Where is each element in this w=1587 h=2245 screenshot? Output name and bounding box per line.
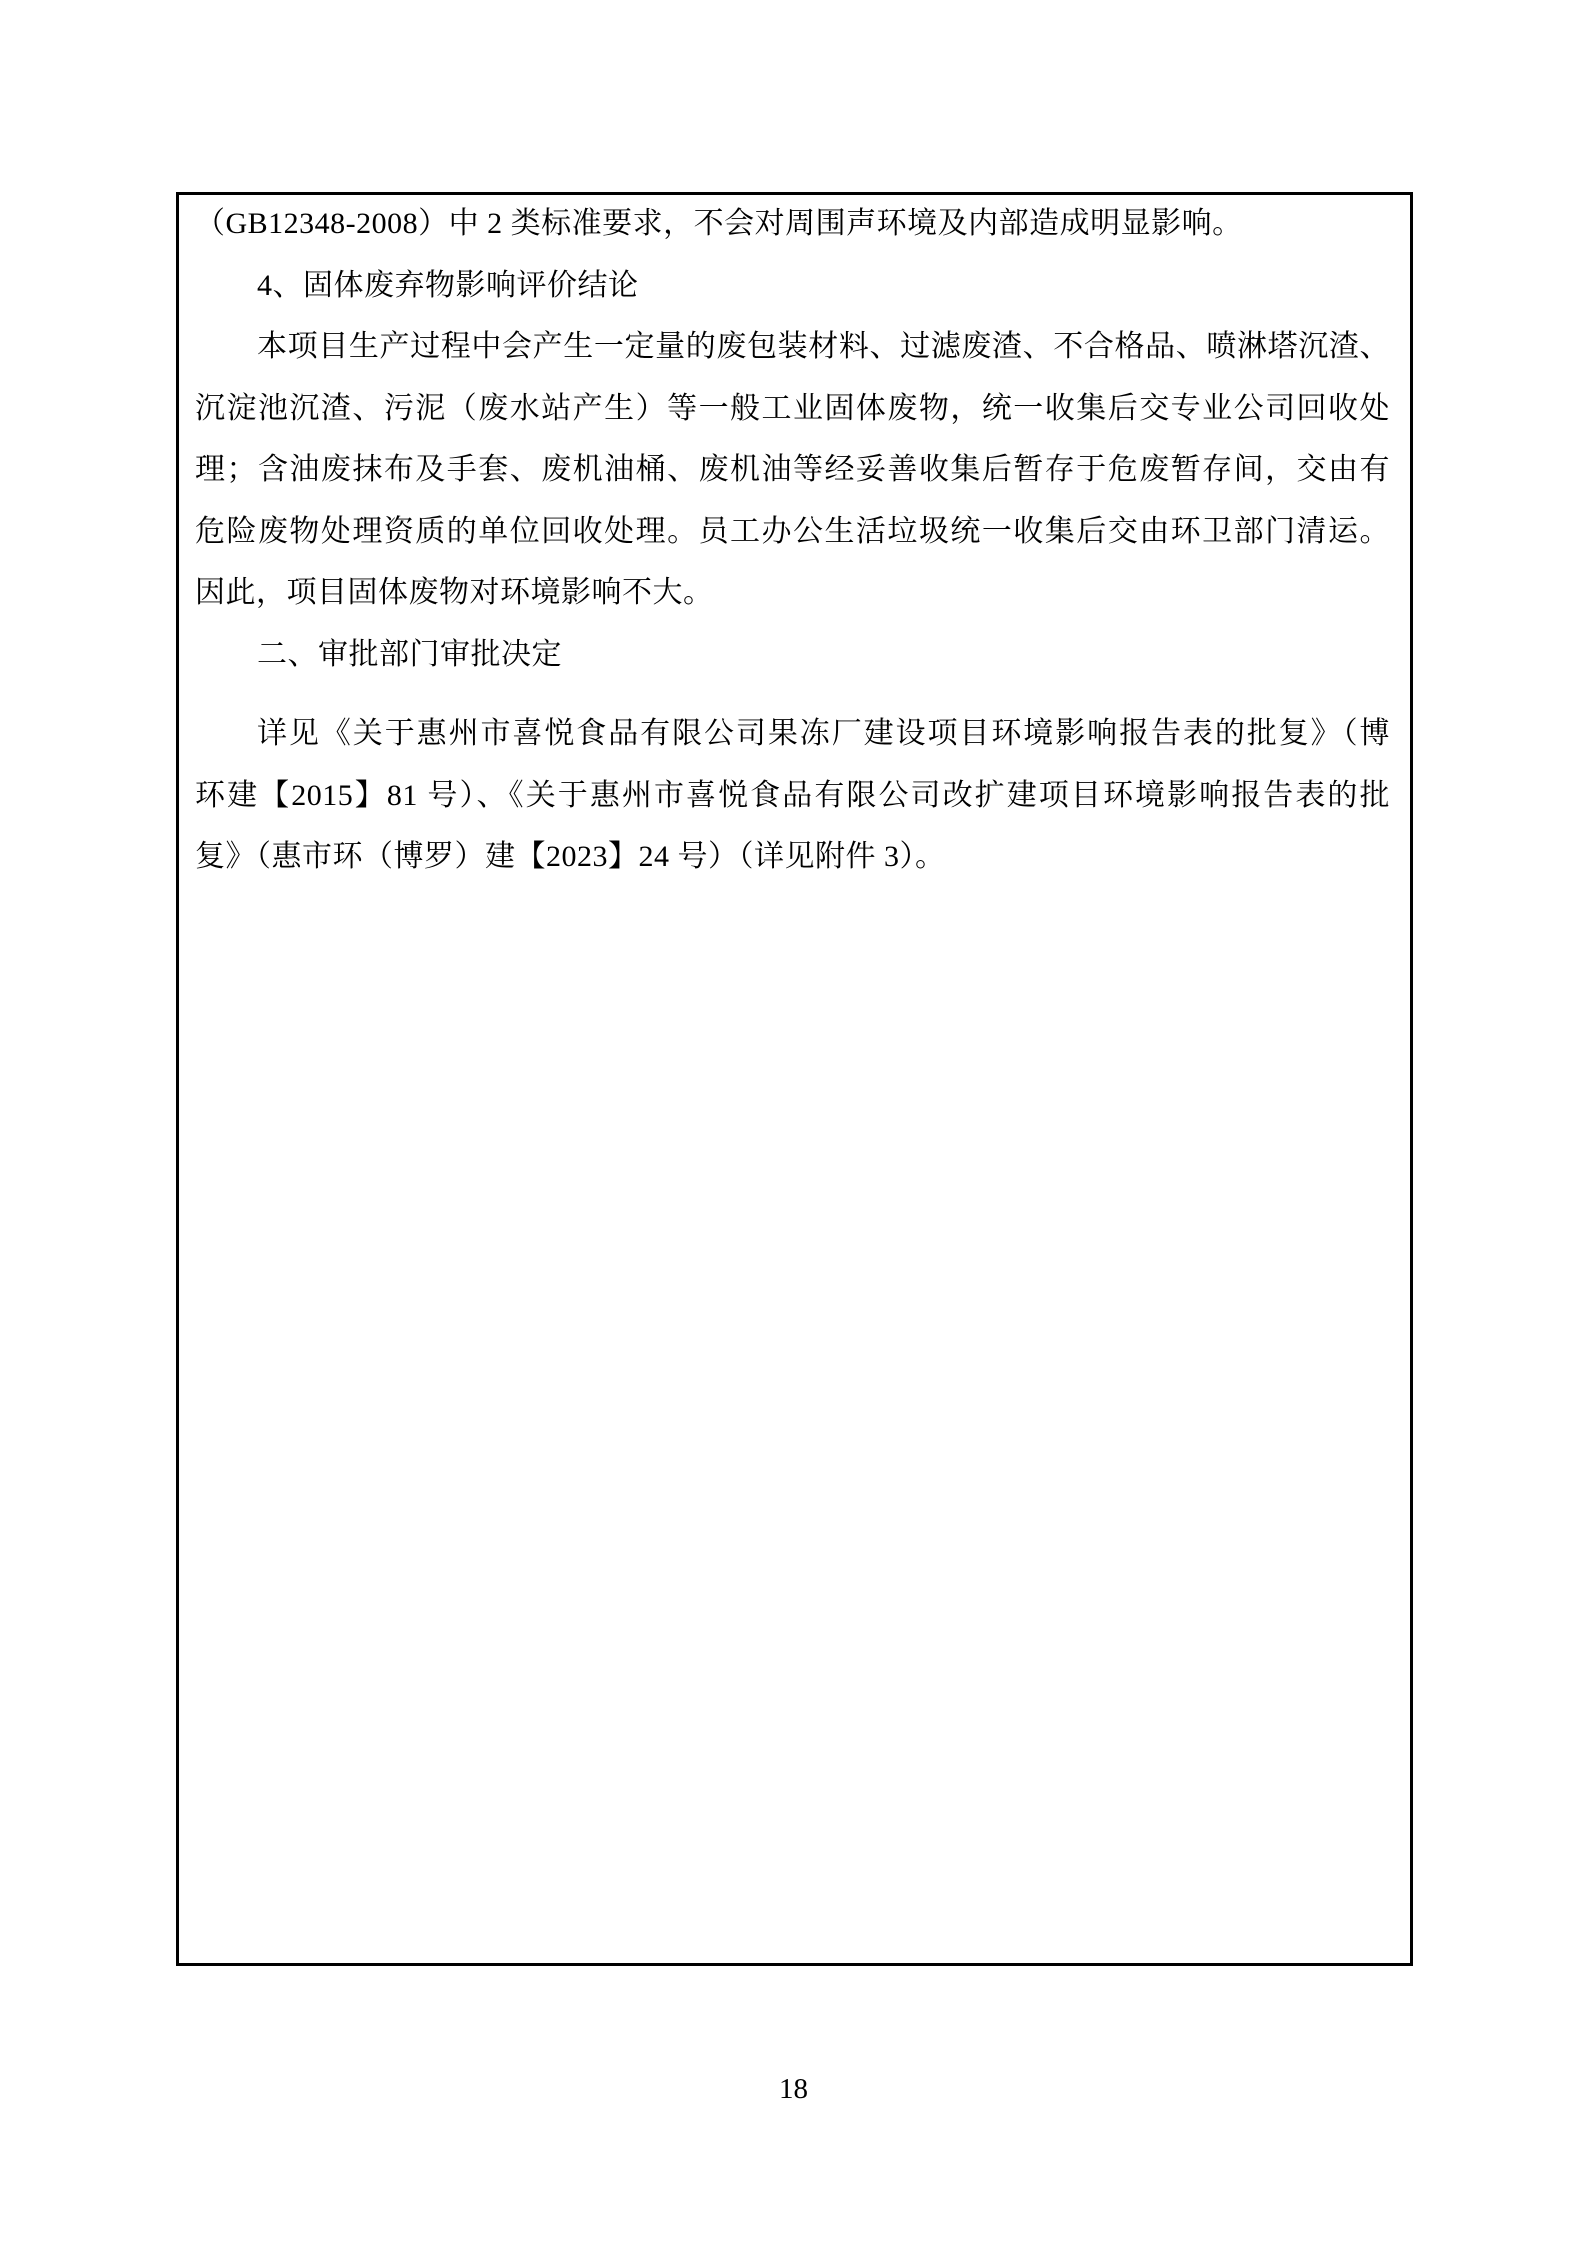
text-line: 本项目生产过程中会产生一定量的废包装材料、过滤废渣、不合格品、喷淋塔沉渣、 <box>195 316 1390 378</box>
text-line: 复》（惠市环（博罗）建【2023】24 号）（详见附件 3）。 <box>195 826 1390 888</box>
text-line: 沉淀池沉渣、污泥（废水站产生）等一般工业固体废物，统一收集后交专业公司回收处 <box>195 378 1390 440</box>
text-line: （GB12348-2008）中 2 类标准要求，不会对周围声环境及内部造成明显影… <box>195 193 1390 255</box>
page-number: 18 <box>0 2072 1587 2106</box>
text-line: 危险废物处理资质的单位回收处理。员工办公生活垃圾统一收集后交由环卫部门清运。 <box>195 501 1390 563</box>
text-line: 理；含油废抹布及手套、废机油桶、废机油等经妥善收集后暂存于危废暂存间，交由有 <box>195 439 1390 501</box>
document-page: （GB12348-2008）中 2 类标准要求，不会对周围声环境及内部造成明显影… <box>0 0 1587 2245</box>
text-line: 环建【2015】81 号）、《关于惠州市喜悦食品有限公司改扩建项目环境影响报告表… <box>195 765 1390 827</box>
text-line: 因此，项目固体废物对环境影响不大。 <box>195 562 1390 624</box>
report-table-cell: （GB12348-2008）中 2 类标准要求，不会对周围声环境及内部造成明显影… <box>176 192 1413 1966</box>
cell-text-block: （GB12348-2008）中 2 类标准要求，不会对周围声环境及内部造成明显影… <box>195 193 1390 888</box>
text-line: 二、审批部门审批决定 <box>195 624 1390 686</box>
text-line: 详见《关于惠州市喜悦食品有限公司果冻厂建设项目环境影响报告表的批复》（博 <box>195 703 1390 765</box>
text-line: 4、固体废弃物影响评价结论 <box>195 255 1390 317</box>
